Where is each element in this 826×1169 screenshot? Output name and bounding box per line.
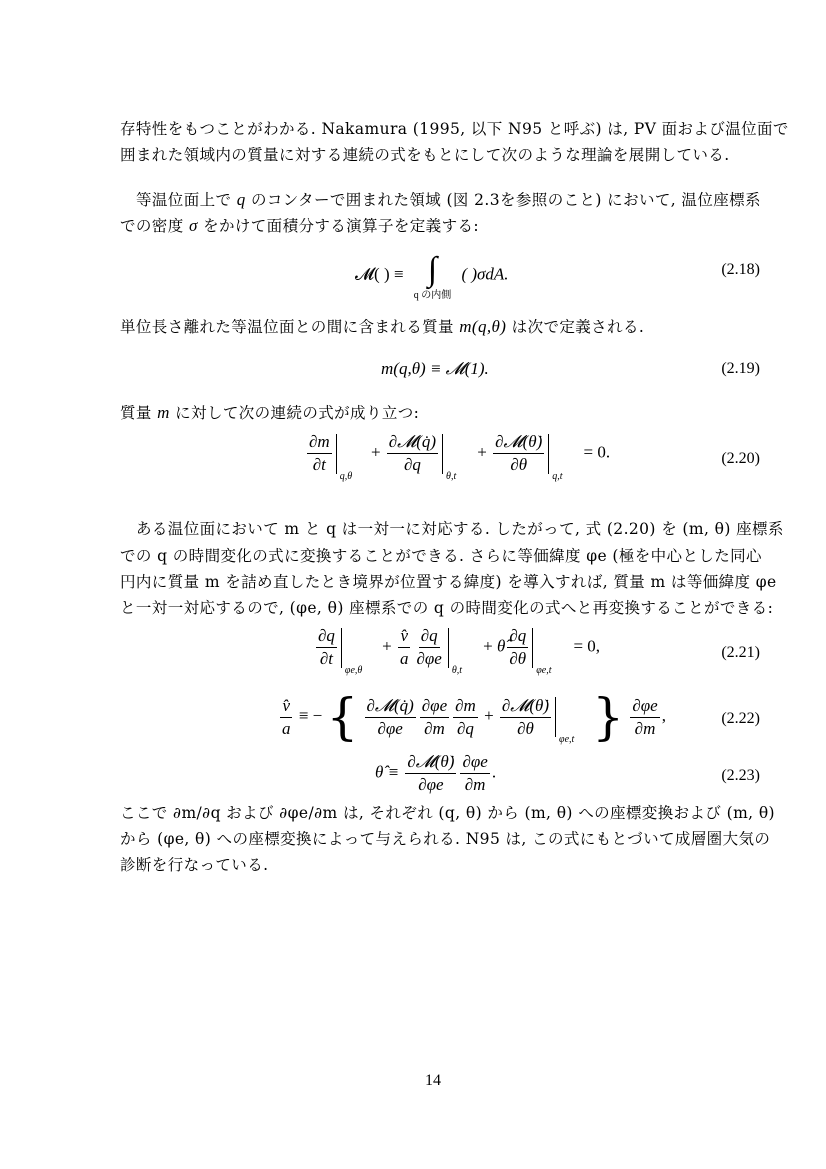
math-q: q [237, 190, 246, 209]
eval-subscript: φe,t [536, 665, 551, 676]
numerator: ∂𝓜(q̇) [365, 696, 416, 718]
text: 単位長さ離れた等温位面との間に含まれる質量 [120, 318, 454, 336]
numerator: ∂𝓜(q̇) [387, 432, 438, 454]
numerator: ∂q [419, 626, 440, 648]
eval-bar: θ,t [442, 434, 469, 474]
numerator: ∂𝓜(θ̇) [405, 752, 456, 774]
denominator: a [398, 648, 411, 669]
text: は次で定義される. [512, 318, 645, 336]
numerator: ∂φe [420, 696, 449, 718]
fraction: ∂𝓜(q̇)∂q [387, 432, 438, 475]
fraction: v̂a [398, 626, 411, 669]
numerator: ∂𝓜(θ̇) [500, 696, 551, 718]
paragraph-1-line-2: 囲まれた領域内の質量に対する連続の式をもとにして次のような理論を展開している. [120, 145, 760, 165]
fraction: ∂m∂t [307, 432, 332, 475]
theta-hat: θ̂ [497, 636, 505, 655]
numerator: ∂φe [630, 696, 659, 718]
text: 等温位面上で [136, 191, 231, 209]
eval-subscript: φe,θ [345, 665, 362, 676]
numerator: ∂m [307, 432, 332, 454]
numerator: ∂φe [460, 752, 489, 774]
eq-lhs: θ̂ ≡ [375, 762, 399, 781]
denominator: ∂φe [375, 718, 404, 739]
eval-subscript: φe,t [559, 734, 574, 745]
equation-number-2-22: (2.22) [721, 710, 760, 728]
denominator: ∂q [402, 454, 423, 475]
fraction: v̂a [280, 696, 293, 739]
fraction: ∂m∂q [453, 696, 478, 739]
numerator: ∂q [507, 626, 528, 648]
text: のコンターで囲まれた領域 (図 2.3を参照のこと) において, 温位座標系 [251, 191, 761, 209]
paragraph-5-line-2: での q の時間変化の式に変換することができる. さらに等価緯度 φe (極を中… [120, 546, 760, 566]
equation-number-2-20: (2.20) [721, 450, 760, 468]
integral-sign: ∫ [428, 250, 437, 290]
eq-body: m(q,θ) ≡ 𝓜(1). [381, 359, 489, 378]
fraction: ∂φe∂m [460, 752, 489, 795]
right-brace: } [592, 688, 624, 746]
integral: ∫ q の内側 [414, 250, 452, 301]
numerator: ∂q [316, 626, 337, 648]
fraction: ∂𝓜(θ̇)∂φe [405, 752, 456, 795]
paragraph-5-line-1: ある温位面において m と q は一対一に対応する. したがって, 式 (2.2… [120, 519, 776, 539]
equation-number-2-19: (2.19) [721, 360, 760, 378]
eval-subscript: q,θ [340, 471, 352, 482]
denominator: a [280, 718, 293, 739]
paragraph-1-line-1: 存特性をもつことがわかる. Nakamura (1995, 以下 N95 と呼ぶ… [120, 119, 760, 139]
paragraph-6-line-3: 診断を行なっている. [120, 855, 760, 875]
numerator: ∂m [453, 696, 478, 718]
eval-bar: φe,t [532, 628, 565, 668]
eval-bar: q,θ [336, 434, 363, 474]
eq-rhs: ( )σdA. [461, 264, 508, 283]
eq-lhs: 𝓜( ) ≡ [355, 264, 403, 283]
eval-subscript: θ,t [446, 471, 456, 482]
equation-2-21: ∂q∂tφe,θ + v̂a∂q∂φeθ,t + θ̂∂q∂θφe,t = 0, [314, 626, 600, 669]
denominator: ∂m [633, 718, 658, 739]
denominator: ∂θ [515, 718, 536, 739]
equation-2-18: 𝓜( ) ≡ ∫ q の内側 ( )σdA. [355, 250, 509, 301]
eval-bar: φe,t [555, 697, 584, 737]
equation-2-22: v̂a ≡ − { ∂𝓜(q̇)∂φe∂φe∂m∂m∂q + ∂𝓜(θ̇)∂θφ… [278, 692, 666, 742]
equation-number-2-23: (2.23) [721, 767, 760, 785]
fraction: ∂𝓜(q̇)∂φe [365, 696, 416, 739]
fraction: ∂𝓜(θ̇)∂θ [500, 696, 551, 739]
eval-bar: θ,t [448, 628, 475, 668]
denominator: ∂m [463, 774, 488, 795]
equation-number-2-21: (2.21) [721, 644, 760, 662]
text: をかけて面積分する演算子を定義する: [203, 217, 479, 235]
eval-bar: φe,θ [341, 628, 374, 668]
denominator: ∂t [318, 648, 335, 669]
denominator: ∂m [422, 718, 447, 739]
equation-2-19: m(q,θ) ≡ 𝓜(1). [381, 359, 489, 379]
math-m: m(q,θ) [459, 317, 506, 336]
equation-2-20: ∂m∂tq,θ + ∂𝓜(q̇)∂qθ,t + ∂𝓜(θ̇)∂θq,t = 0. [305, 432, 610, 475]
paragraph-4-line-1: 質量 m に対して次の連続の式が成り立つ: [120, 403, 760, 423]
text: に対して次の連続の式が成り立つ: [175, 404, 419, 422]
page-number: 14 [0, 1072, 826, 1090]
fraction: ∂q∂φe [415, 626, 444, 669]
eq-tail: = 0, [573, 636, 600, 655]
numerator: ∂𝓜(θ̇) [493, 432, 544, 454]
equiv-minus: ≡ − [299, 706, 322, 725]
paragraph-2-line-1: 等温位面上で q のコンターで囲まれた領域 (図 2.3を参照のこと) において… [120, 190, 776, 210]
equation-2-23: θ̂ ≡ ∂𝓜(θ̇)∂φe∂φe∂m. [375, 752, 496, 795]
integral-limit: q の内側 [414, 286, 452, 301]
math-m: m [157, 403, 170, 422]
equation-number-2-18: (2.18) [721, 261, 760, 279]
fraction: ∂φe∂m [420, 696, 449, 739]
eval-subscript: θ,t [452, 665, 462, 676]
eq-tail: = 0. [584, 442, 611, 461]
numerator: v̂ [398, 626, 410, 648]
fraction: ∂𝓜(θ̇)∂θ [493, 432, 544, 475]
denominator: ∂q [455, 718, 476, 739]
denominator: ∂φe [416, 774, 445, 795]
fraction: ∂q∂θ [507, 626, 528, 669]
paragraph-3-line-1: 単位長さ離れた等温位面との間に含まれる質量 m(q,θ) は次で定義される. [120, 317, 760, 337]
paragraph-6-line-1: ここで ∂m/∂q および ∂φe/∂m は, それぞれ (q, θ) から (… [120, 803, 760, 823]
denominator: ∂θ [507, 648, 528, 669]
denominator: ∂θ [508, 454, 529, 475]
paragraph-2-line-2: での密度 σ をかけて面積分する演算子を定義する: [120, 216, 760, 236]
paragraph-5-line-3: 円内に質量 m を詰め直したとき境界が位置する緯度) を導入すれば, 質量 m … [120, 572, 760, 592]
text: 質量 [120, 404, 152, 422]
math-sigma: σ [189, 216, 198, 235]
numerator: v̂ [280, 696, 292, 718]
fraction: ∂q∂t [316, 626, 337, 669]
denominator: ∂φe [415, 648, 444, 669]
denominator: ∂t [311, 454, 328, 475]
left-brace: { [326, 688, 358, 746]
eval-subscript: q,t [552, 471, 562, 482]
paragraph-5-line-4: と一対一対応するので, (φe, θ) 座標系での q の時間変化の式へと再変換… [120, 598, 760, 618]
text: での密度 [120, 217, 184, 235]
fraction: ∂φe∂m [630, 696, 659, 739]
eval-bar: q,t [548, 434, 575, 474]
paragraph-6-line-2: から (φe, θ) への座標変換によって与えられる. N95 は, この式にも… [120, 829, 760, 849]
